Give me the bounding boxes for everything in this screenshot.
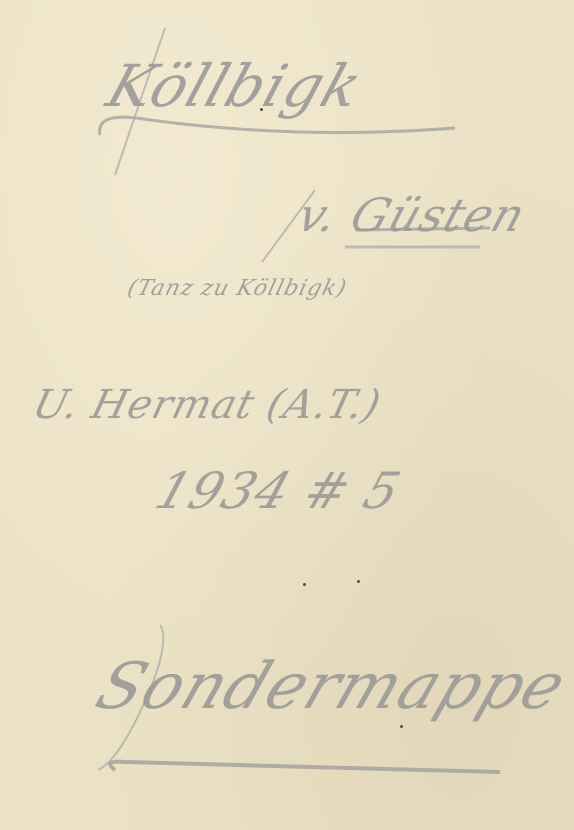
paper-speck	[400, 725, 403, 728]
paper-speck	[260, 108, 263, 111]
paper-speck	[357, 580, 360, 583]
place-handwriting: U. Hermat (A.T.)	[28, 382, 386, 428]
title-handwriting: Köllbigk	[99, 52, 371, 120]
folder-label-handwriting: Sondermappe	[87, 650, 574, 724]
subtitle-handwriting: (Tanz zu Köllbigk)	[125, 276, 350, 301]
author-handwriting: v. Güsten	[291, 188, 533, 242]
paper-speck	[303, 583, 306, 586]
year-number-handwriting: 1934 # 5	[149, 462, 409, 520]
